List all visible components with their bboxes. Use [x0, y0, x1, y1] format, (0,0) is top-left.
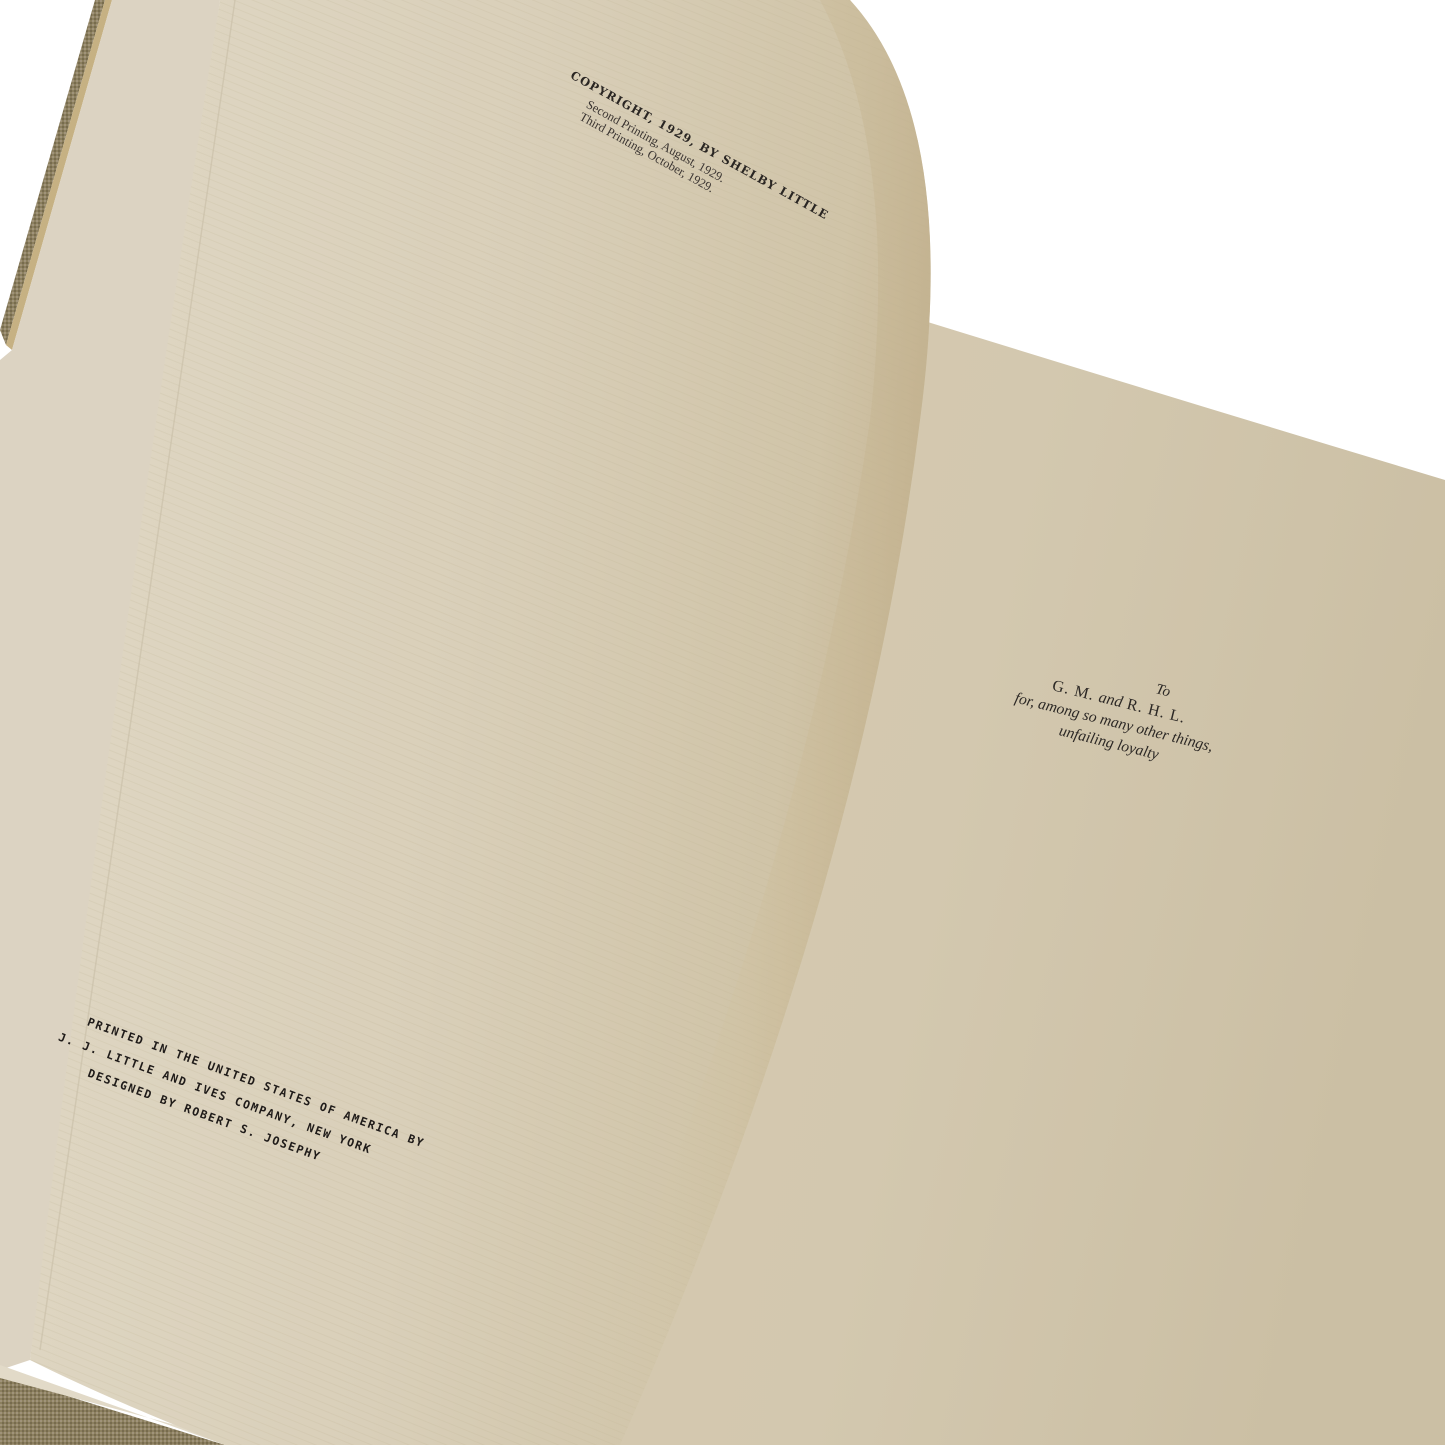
open-book-photo: COPYRIGHT, 1929, BY SHELBY LITTLE Second…: [0, 0, 1445, 1445]
dedication-and: and: [1097, 689, 1124, 711]
